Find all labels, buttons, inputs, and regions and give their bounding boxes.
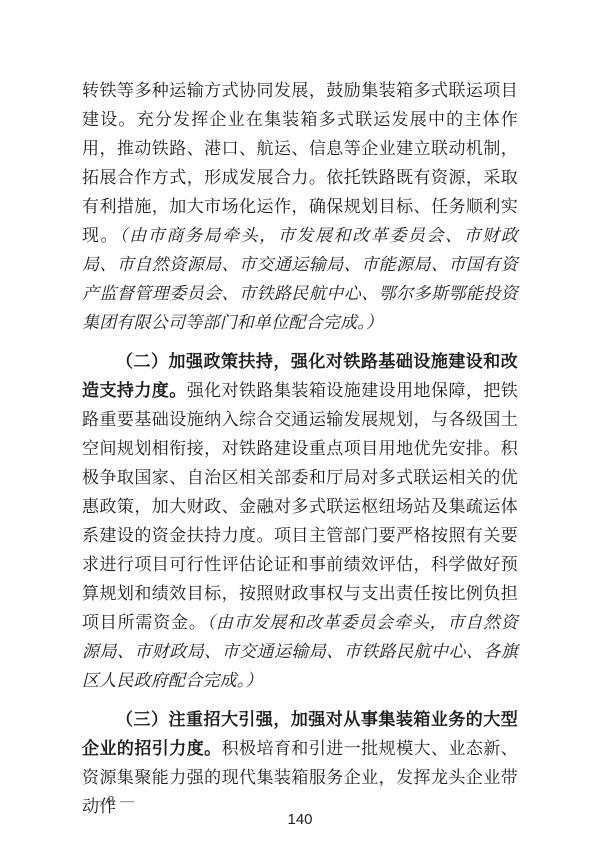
document-page: 转铁等多种运输方式协同发展，鼓励集装箱多式联运项目建设。充分发挥企业在集装箱多式… (0, 0, 600, 848)
paragraph: 转铁等多种运输方式协同发展，鼓励集装箱多式联运项目建设。充分发挥企业在集装箱多式… (82, 76, 518, 337)
paragraph: （三）注重招大引强，加强对从事集装箱业务的大型企业的招引力度。积极培育和引进一批… (82, 705, 518, 821)
paragraph: （二）加强政策扶持，强化对铁路基础设施建设和改造支持力度。强化对铁路集装箱设施建… (82, 347, 518, 695)
footer-page-label: — 8 — (88, 794, 135, 810)
footer-page-number: 140 (0, 811, 600, 828)
text-run-body: 转铁等多种运输方式协同发展，鼓励集装箱多式联运项目建设。充分发挥企业在集装箱多式… (82, 81, 518, 245)
text-run-kai: （由市商务局牵头，市发展和改革委员会、市财政局、市自然资源局、市交通运输局、市能… (82, 226, 518, 332)
document-body: 转铁等多种运输方式协同发展，鼓励集装箱多式联运项目建设。充分发挥企业在集装箱多式… (82, 76, 518, 821)
text-run-body: 强化对铁路集装箱设施建设用地保障，把铁路重要基础设施纳入综合交通运输发展规划，与… (82, 381, 518, 632)
